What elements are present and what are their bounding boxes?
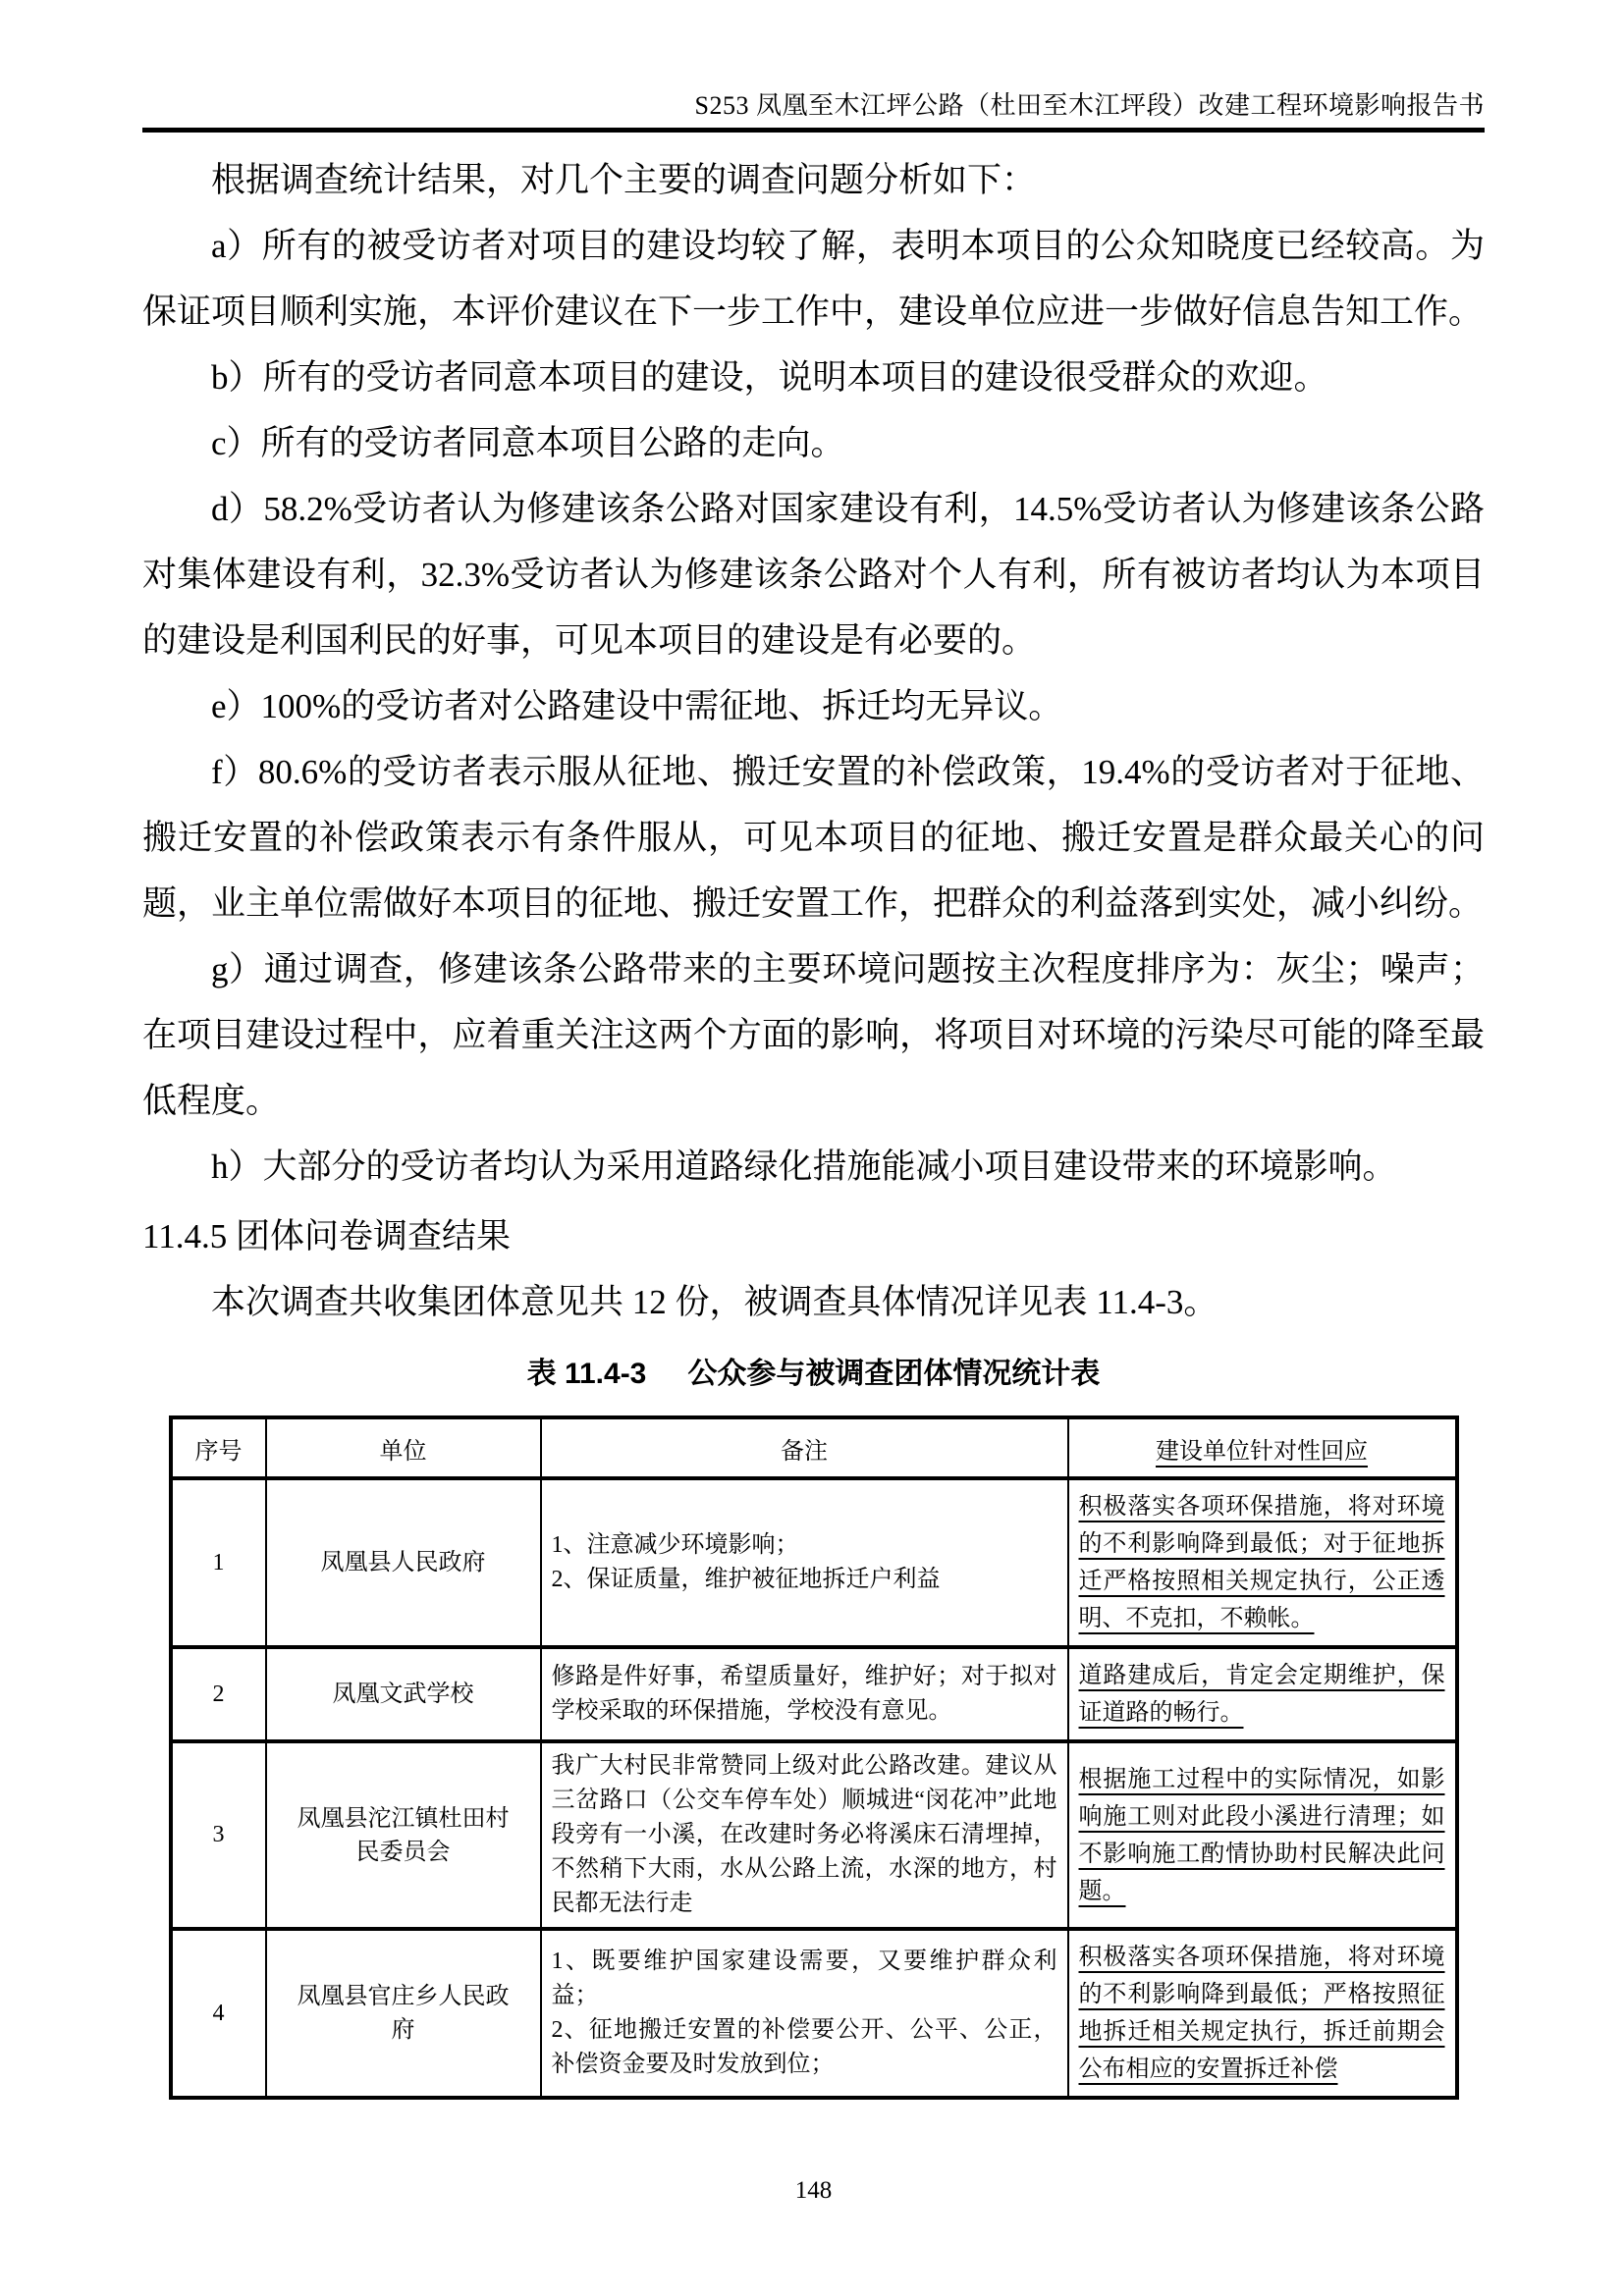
- response-text: 积极落实各项环保措施，将对环境的不利影响降到最低；严格按照征地拆迁相关规定执行，…: [1079, 1945, 1445, 2082]
- report-title: S253 凤凰至木江坪公路（杜田至木江坪段）改建工程环境影响报告书: [695, 91, 1485, 120]
- response-text: 道路建成后，肯定会定期维护，保证道路的畅行。: [1079, 1663, 1445, 1726]
- table-caption: 表 11.4-3公众参与被调查团体情况统计表: [142, 1347, 1485, 1402]
- column-header-unit: 单位: [266, 1417, 541, 1478]
- cell-remark: 修路是件好事，希望质量好，维护好；对于拟对学校采取的环保措施，学校没有意见。: [541, 1647, 1068, 1741]
- paragraph-e: e）100%的受访者对公路建设中需征地、拆迁均无异议。: [142, 673, 1485, 739]
- cell-unit: 凤凰县官庄乡人民政府: [266, 1929, 541, 2098]
- document-page: S253 凤凰至木江坪公路（杜田至木江坪段）改建工程环境影响报告书 根据调查统计…: [0, 0, 1624, 2296]
- cell-response: 道路建成后，肯定会定期维护，保证道路的畅行。: [1068, 1647, 1457, 1741]
- paragraph-c: c）所有的受访者同意本项目公路的走向。: [142, 410, 1485, 476]
- table-caption-number: 表 11.4-3: [527, 1358, 647, 1390]
- column-header-response: 建设单位针对性回应: [1068, 1417, 1457, 1478]
- table-row: 1 凤凰县人民政府 1、注意减少环境影响； 2、保证质量，维护被征地拆迁户利益 …: [171, 1478, 1457, 1647]
- cell-unit: 凤凰县沱江镇杜田村民委员会: [266, 1741, 541, 1929]
- cell-remark: 1、注意减少环境影响； 2、保证质量，维护被征地拆迁户利益: [541, 1478, 1068, 1647]
- section-intro-paragraph: 本次调查共收集团体意见共 12 份，被调查具体情况详见表 11.4-3。: [142, 1269, 1485, 1335]
- paragraph-a: a）所有的被受访者对项目的建设均较了解，表明本项目的公众知晓度已经较高。为保证项…: [142, 213, 1485, 345]
- column-header-response-label: 建设单位针对性回应: [1156, 1439, 1368, 1465]
- cell-response: 根据施工过程中的实际情况，如影响施工则对此段小溪进行清理；如不影响施工酌情协助村…: [1068, 1741, 1457, 1929]
- paragraph-b: b）所有的受访者同意本项目的建设，说明本项目的建设很受群众的欢迎。: [142, 345, 1485, 410]
- table-row: 3 凤凰县沱江镇杜田村民委员会 我广大村民非常赞同上级对此公路改建。建议从三岔路…: [171, 1741, 1457, 1929]
- cell-unit: 凤凰县人民政府: [266, 1478, 541, 1647]
- table-caption-title: 公众参与被调查团体情况统计表: [687, 1358, 1100, 1390]
- column-header-no: 序号: [171, 1417, 266, 1478]
- paragraph-d: d）58.2%受访者认为修建该条公路对国家建设有利，14.5%受访者认为修建该条…: [142, 476, 1485, 673]
- survey-groups-table: 序号 单位 备注 建设单位针对性回应 1 凤凰县人民政府 1、注意减少环境影响；…: [169, 1415, 1459, 2100]
- table-header-row: 序号 单位 备注 建设单位针对性回应: [171, 1417, 1457, 1478]
- page-number: 148: [142, 2177, 1485, 2205]
- cell-unit: 凤凰文武学校: [266, 1647, 541, 1741]
- cell-no: 1: [171, 1478, 266, 1647]
- paragraph-f: f）80.6%的受访者表示服从征地、搬迁安置的补偿政策，19.4%的受访者对于征…: [142, 739, 1485, 936]
- cell-response: 积极落实各项环保措施，将对环境的不利影响降到最低；严格按照征地拆迁相关规定执行，…: [1068, 1929, 1457, 2098]
- response-text: 积极落实各项环保措施，将对环境的不利影响降到最低；对于征地拆迁严格按照相关规定执…: [1079, 1494, 1445, 1631]
- page-content: 根据调查统计结果，对几个主要的调查问题分析如下： a）所有的被受访者对项目的建设…: [142, 147, 1485, 2100]
- paragraph-h: h）大部分的受访者均认为采用道路绿化措施能减小项目建设带来的环境影响。: [142, 1134, 1485, 1200]
- cell-no: 3: [171, 1741, 266, 1929]
- column-header-remark: 备注: [541, 1417, 1068, 1478]
- table-row: 2 凤凰文武学校 修路是件好事，希望质量好，维护好；对于拟对学校采取的环保措施，…: [171, 1647, 1457, 1741]
- cell-remark: 1、既要维护国家建设需要，又要维护群众利益； 2、征地搬迁安置的补偿要公开、公平…: [541, 1929, 1068, 2098]
- cell-response: 积极落实各项环保措施，将对环境的不利影响降到最低；对于征地拆迁严格按照相关规定执…: [1068, 1478, 1457, 1647]
- response-text: 根据施工过程中的实际情况，如影响施工则对此段小溪进行清理；如不影响施工酌情协助村…: [1079, 1767, 1445, 1904]
- intro-paragraph: 根据调查统计结果，对几个主要的调查问题分析如下：: [142, 147, 1485, 213]
- section-heading: 11.4.5 团体问卷调查结果: [142, 1203, 1485, 1269]
- running-header: S253 凤凰至木江坪公路（杜田至木江坪段）改建工程环境影响报告书: [142, 90, 1485, 122]
- cell-no: 2: [171, 1647, 266, 1741]
- cell-no: 4: [171, 1929, 266, 2098]
- cell-remark: 我广大村民非常赞同上级对此公路改建。建议从三岔路口（公交车停车处）顺城进“闵花冲…: [541, 1741, 1068, 1929]
- header-rule: [142, 128, 1485, 133]
- table-row: 4 凤凰县官庄乡人民政府 1、既要维护国家建设需要，又要维护群众利益； 2、征地…: [171, 1929, 1457, 2098]
- paragraph-g: g）通过调查，修建该条公路带来的主要环境问题按主次程度排序为：灰尘；噪声；在项目…: [142, 936, 1485, 1134]
